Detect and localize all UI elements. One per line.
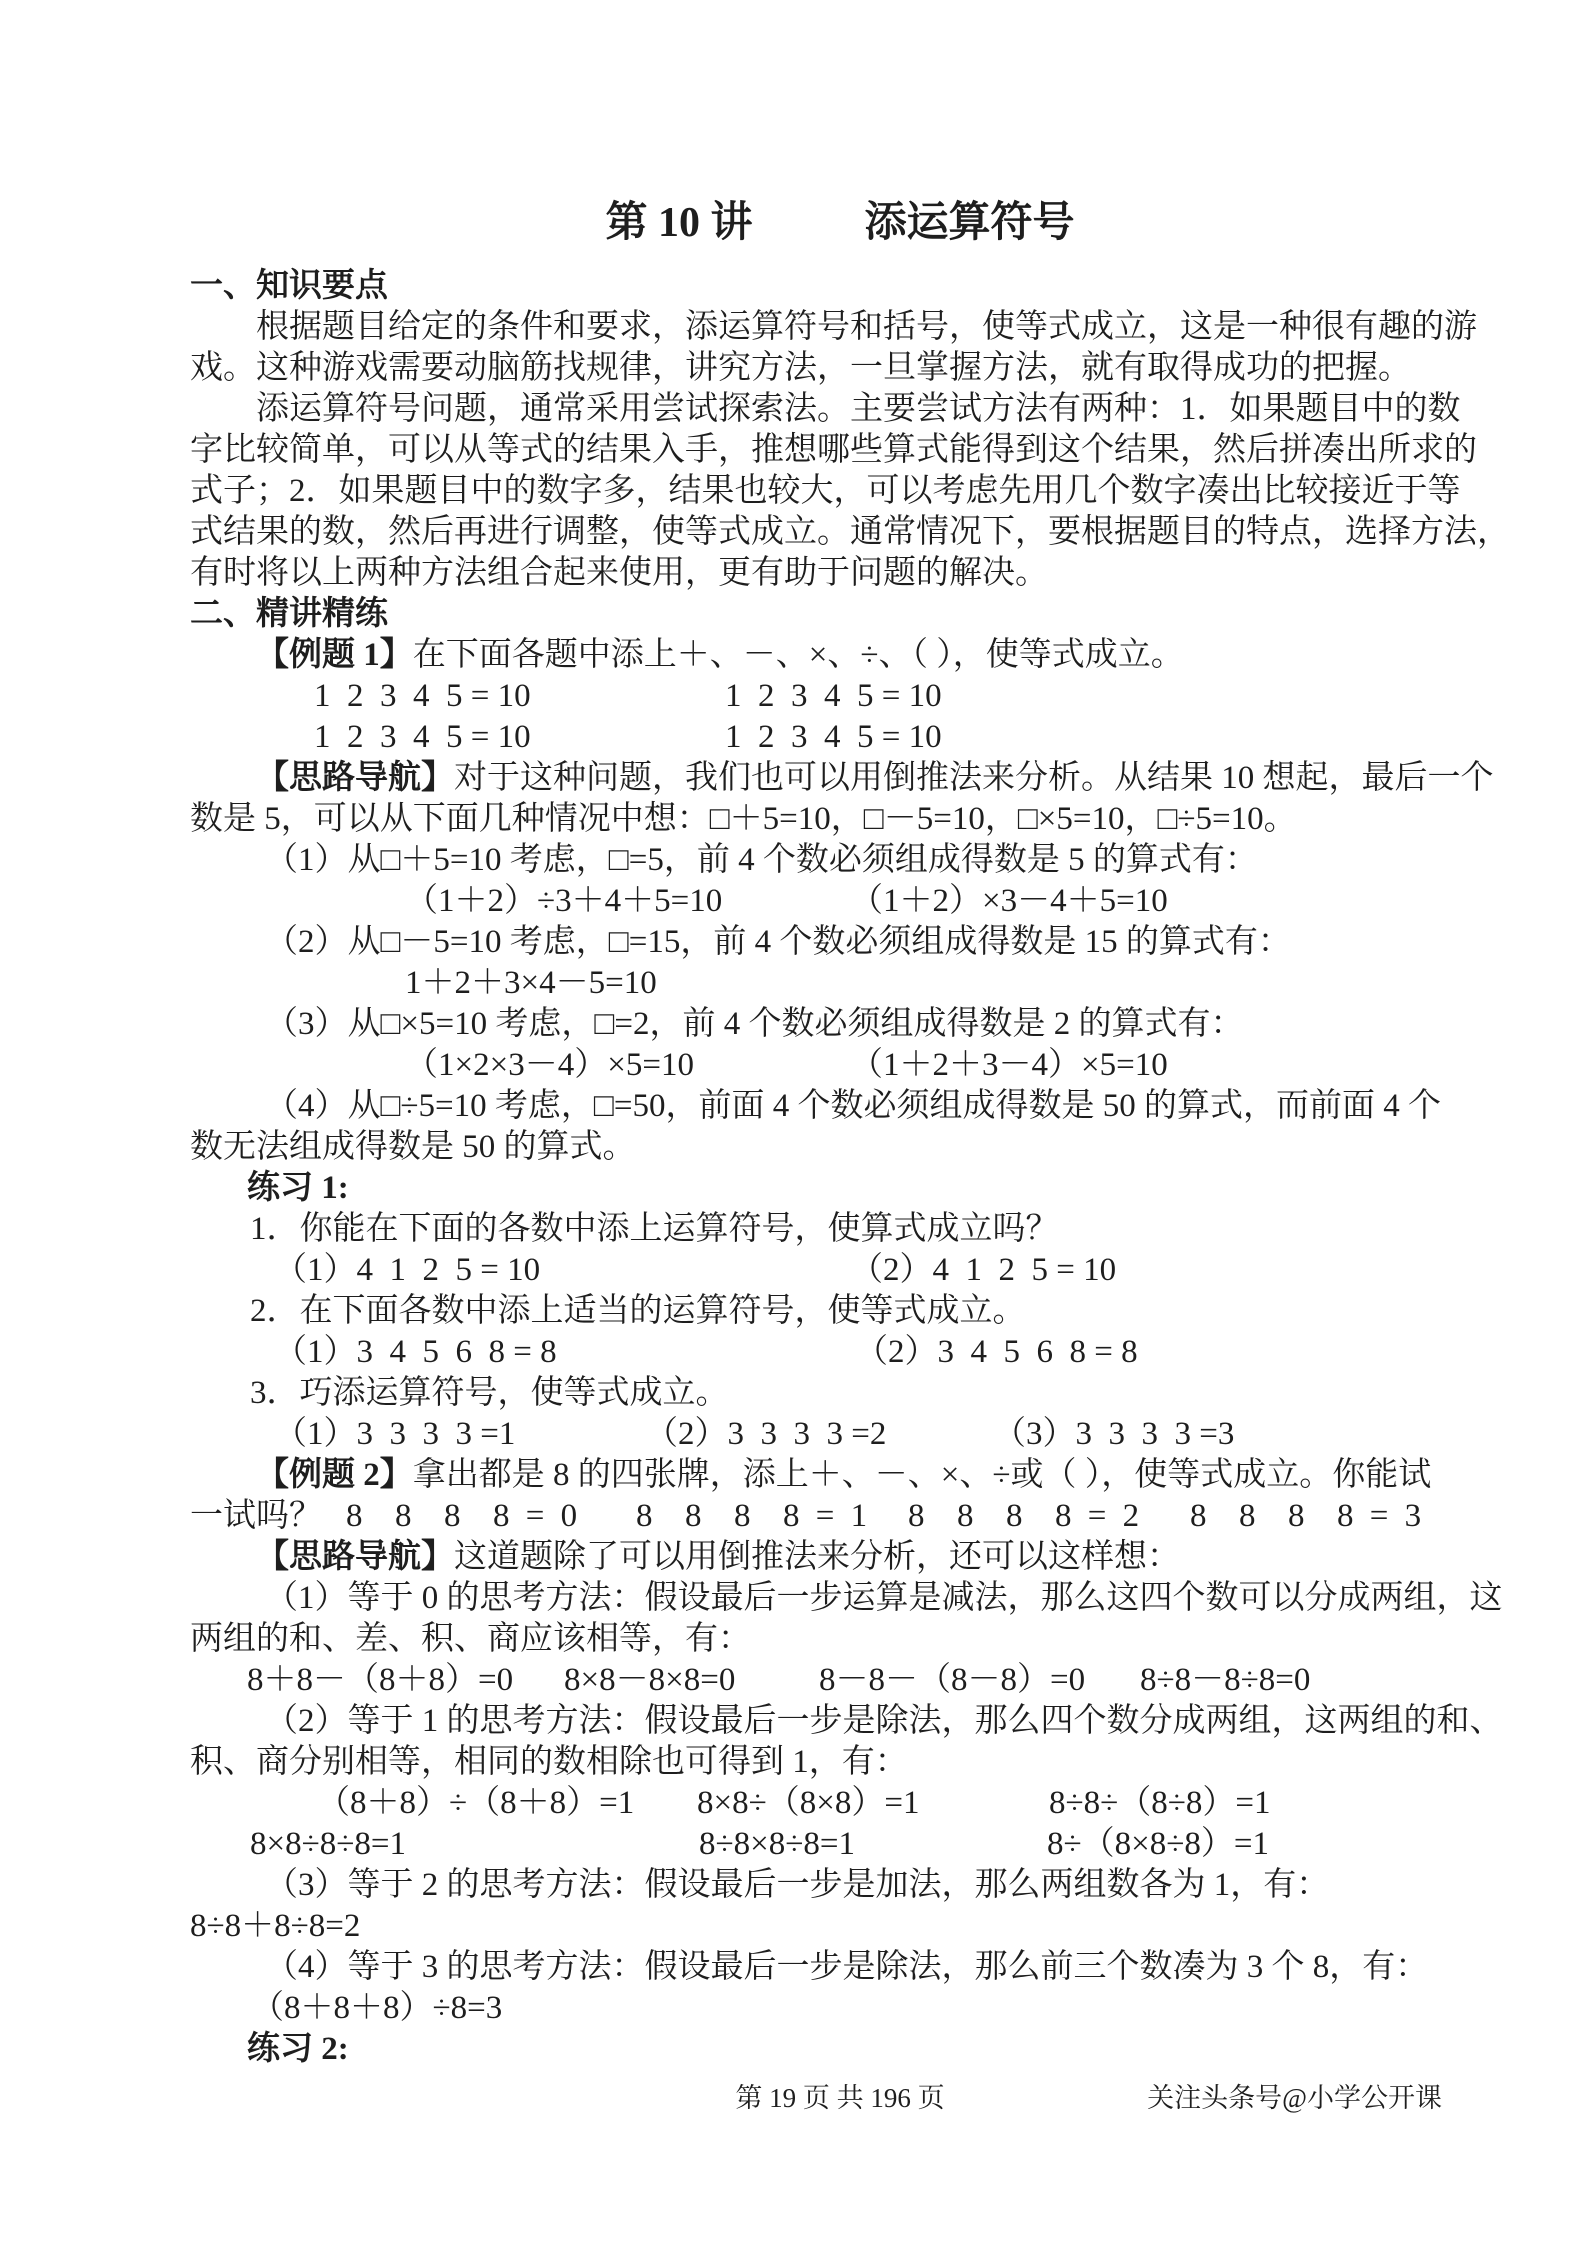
practice1-q2: 2．在下面各数中添上适当的运算符号，使等式成立。 xyxy=(190,1291,1490,1332)
nav2-line: 【思路导航】这道题除了可以用倒推法来分析，还可以这样想： xyxy=(190,1537,1490,1578)
case3-line: （3）从□×5=10 考虑，□=2，前 4 个数必须组成得数是 2 的算式有： xyxy=(190,1004,1490,1045)
method2-equation: 8÷8＋8÷8=2 xyxy=(190,1906,1490,1947)
equation: （2）4 1 2 5 = 10 xyxy=(850,1250,1116,1291)
paragraph-line: 戏。这种游戏需要动脑筋找规律，讲究方法，一旦掌握方法，就有取得成功的把握。 xyxy=(190,348,1490,389)
equation: 8 8 8 8 = 1 xyxy=(636,1496,908,1537)
practice1-q1-equations: （1）4 1 2 5 = 10（2）4 1 2 5 = 10 xyxy=(190,1250,1490,1291)
equation: 8×8－8×8=0 xyxy=(564,1660,819,1701)
case2-equation: 1＋2＋3×4－5=10 xyxy=(190,963,1490,1004)
equation: （8＋8＋8）÷8=3 xyxy=(251,1990,502,2026)
equation: 8 8 8 8 = 2 xyxy=(908,1496,1190,1537)
equation: 8×8÷8÷8=1 xyxy=(250,1824,699,1865)
equation: 1 2 3 4 5 = 10 xyxy=(725,676,942,717)
example1-text: 在下面各题中添上＋、－、×、÷、（ ），使等式成立。 xyxy=(413,637,1184,673)
example1-tag: 【例题 1】 xyxy=(256,637,413,673)
practice1-label: 练习 1: xyxy=(190,1168,1490,1209)
equation: 8÷8－8÷8=0 xyxy=(1140,1660,1310,1701)
paragraph-line: 式子；2．如果题目中的数字多，结果也较大，可以考虑先用几个数字凑出比较接近于等 xyxy=(190,471,1490,512)
equation: 1＋2＋3×4－5=10 xyxy=(405,965,657,1001)
section1-heading: 一、知识要点 xyxy=(190,266,1490,307)
case4-line2: 数无法组成得数是 50 的算式。 xyxy=(190,1127,1490,1168)
method1-line2: 积、商分别相等，相同的数相除也可得到 1，有： xyxy=(190,1742,1490,1783)
equation: 8÷（8×8÷8）=1 xyxy=(1047,1824,1269,1865)
equation: （1＋2）×3－4＋5=10 xyxy=(850,881,1168,922)
title-lesson-number: 第 10 讲 xyxy=(605,200,752,246)
equation: （1）3 4 5 6 8 = 8 xyxy=(274,1332,855,1373)
example1-number-row: 1 2 3 4 5 = 101 2 3 4 5 = 10 xyxy=(190,717,1490,758)
nav1-line: 【思路导航】对于这种问题，我们也可以用倒推法来分析。从结果 10 想起，最后一个 xyxy=(190,758,1490,799)
example2-line: 【例题 2】拿出都是 8 的四张牌，添上＋、－、×、÷或（ ），使等式成立。你能… xyxy=(190,1455,1490,1496)
equation: （1＋2）÷3＋4＋5=10 xyxy=(405,881,850,922)
practice1-q2-equations: （1）3 4 5 6 8 = 8（2）3 4 5 6 8 = 8 xyxy=(190,1332,1490,1373)
equation: 8 8 8 8 = 3 xyxy=(1190,1496,1421,1537)
paragraph-line: 式结果的数，然后再进行调整，使等式成立。通常情况下，要根据题目的特点，选择方法， xyxy=(190,512,1490,553)
title-lesson-name: 添运算符号 xyxy=(865,200,1075,246)
equation: 8÷8÷（8÷8）=1 xyxy=(1049,1783,1270,1824)
equation: 8÷8＋8÷8=2 xyxy=(190,1908,360,1944)
case1-line: （1）从□＋5=10 考虑，□=5，前 4 个数必须组成得数是 5 的算式有： xyxy=(190,840,1490,881)
example1-number-row: 1 2 3 4 5 = 101 2 3 4 5 = 10 xyxy=(190,676,1490,717)
method0-line1: （1）等于 0 的思考方法：假设最后一步运算是减法，那么这四个数可以分成两组，这 xyxy=(190,1578,1490,1619)
method3-equation: （8＋8＋8）÷8=3 xyxy=(190,1988,1490,2029)
page-footer: 第 19 页 共 196 页 关注头条号@小学公开课 xyxy=(190,2078,1490,2118)
practice1-q1: 1．你能在下面的各数中添上运算符号，使算式成立吗？ xyxy=(190,1209,1490,1250)
paragraph-line: 添运算符号问题，通常采用尝试探索法。主要尝试方法有两种：1．如果题目中的数 xyxy=(190,389,1490,430)
footer-credit: 关注头条号@小学公开课 xyxy=(1147,2078,1442,2118)
example2-lead: 一试吗？ xyxy=(190,1496,346,1537)
paragraph-line: 有时将以上两种方法组合起来使用，更有助于问题的解决。 xyxy=(190,553,1490,594)
page-title: 第 10 讲添运算符号 xyxy=(190,194,1490,252)
equation: （1）3 3 3 3 =1 xyxy=(274,1414,645,1455)
method3-line1: （4）等于 3 的思考方法：假设最后一步是除法，那么前三个数凑为 3 个 8，有… xyxy=(190,1947,1490,1988)
example2-text: 拿出都是 8 的四张牌，添上＋、－、×、÷或（ ），使等式成立。你能试 xyxy=(413,1457,1431,1493)
equation: （8＋8）÷（8＋8）=1 xyxy=(317,1783,697,1824)
section2-heading: 二、精讲精练 xyxy=(190,594,1490,635)
document-page: 第 10 讲添运算符号 一、知识要点 根据题目给定的条件和要求，添运算符号和括号… xyxy=(0,0,1587,2245)
nav2-text: 这道题除了可以用倒推法来分析，还可以这样想： xyxy=(454,1539,1180,1575)
example1-line: 【例题 1】在下面各题中添上＋、－、×、÷、（ ），使等式成立。 xyxy=(190,635,1490,676)
method1-equations-row2: 8×8÷8÷8=18÷8×8÷8=18÷（8×8÷8）=1 xyxy=(190,1824,1490,1865)
nav1-tag: 【思路导航】 xyxy=(256,760,454,796)
paragraph-line: 字比较简单，可以从等式的结果入手，推想哪些算式能得到这个结果，然后拼凑出所求的 xyxy=(190,430,1490,471)
equation: （2）3 4 5 6 8 = 8 xyxy=(855,1332,1138,1373)
document-content: 第 10 讲添运算符号 一、知识要点 根据题目给定的条件和要求，添运算符号和括号… xyxy=(0,0,1587,2070)
practice1-q3-equations: （1）3 3 3 3 =1（2）3 3 3 3 =2（3）3 3 3 3 =3 xyxy=(190,1414,1490,1455)
nav2-tag: 【思路导航】 xyxy=(256,1539,454,1575)
equation: 1 2 3 4 5 = 10 xyxy=(314,676,725,717)
equation: （2）3 3 3 3 =2 xyxy=(645,1414,993,1455)
method0-equations: 8＋8－（8＋8）=08×8－8×8=08－8－（8－8）=08÷8－8÷8=0 xyxy=(190,1660,1490,1701)
method0-line2: 两组的和、差、积、商应该相等，有： xyxy=(190,1619,1490,1660)
equation: 8－8－（8－8）=0 xyxy=(819,1660,1140,1701)
practice1-q3: 3．巧添运算符号，使等式成立。 xyxy=(190,1373,1490,1414)
equation: 8 8 8 8 = 0 xyxy=(346,1496,636,1537)
nav1-line2: 数是 5，可以从下面几种情况中想：□＋5=10，□－5=10，□×5=10，□÷… xyxy=(190,799,1490,840)
case1-equations: （1＋2）÷3＋4＋5=10（1＋2）×3－4＋5=10 xyxy=(190,881,1490,922)
equation: 8÷8×8÷8=1 xyxy=(699,1824,1047,1865)
equation: 8＋8－（8＋8）=0 xyxy=(247,1660,564,1701)
equation: （1＋2＋3－4）×5=10 xyxy=(850,1045,1168,1086)
example2-tag: 【例题 2】 xyxy=(256,1457,413,1493)
method1-line1: （2）等于 1 的思考方法：假设最后一步是除法，那么四个数分成两组，这两组的和、 xyxy=(190,1701,1490,1742)
equation: （1）4 1 2 5 = 10 xyxy=(274,1250,850,1291)
equation: 1 2 3 4 5 = 10 xyxy=(314,717,725,758)
equation: 1 2 3 4 5 = 10 xyxy=(725,717,942,758)
paragraph-line: 根据题目给定的条件和要求，添运算符号和括号，使等式成立，这是一种很有趣的游 xyxy=(190,307,1490,348)
equation: 8×8÷（8×8）=1 xyxy=(697,1783,1049,1824)
footer-page-number: 第 19 页 共 196 页 xyxy=(735,2083,944,2113)
case4-line1: （4）从□÷5=10 考虑，□=50，前面 4 个数必须组成得数是 50 的算式… xyxy=(190,1086,1490,1127)
method2-line1: （3）等于 2 的思考方法：假设最后一步是加法，那么两组数各为 1，有： xyxy=(190,1865,1490,1906)
example2-number-row: 一试吗？8 8 8 8 = 08 8 8 8 = 18 8 8 8 = 28 8… xyxy=(190,1496,1490,1537)
nav1-text: 对于这种问题，我们也可以用倒推法来分析。从结果 10 想起，最后一个 xyxy=(454,760,1494,796)
equation: （1×2×3－4）×5=10 xyxy=(405,1045,850,1086)
equation: （3）3 3 3 3 =3 xyxy=(993,1414,1234,1455)
case3-equations: （1×2×3－4）×5=10（1＋2＋3－4）×5=10 xyxy=(190,1045,1490,1086)
method1-equations-row1: （8＋8）÷（8＋8）=18×8÷（8×8）=18÷8÷（8÷8）=1 xyxy=(190,1783,1490,1824)
practice2-label: 练习 2: xyxy=(190,2029,1490,2070)
case2-line: （2）从□－5=10 考虑，□=15，前 4 个数必须组成得数是 15 的算式有… xyxy=(190,922,1490,963)
